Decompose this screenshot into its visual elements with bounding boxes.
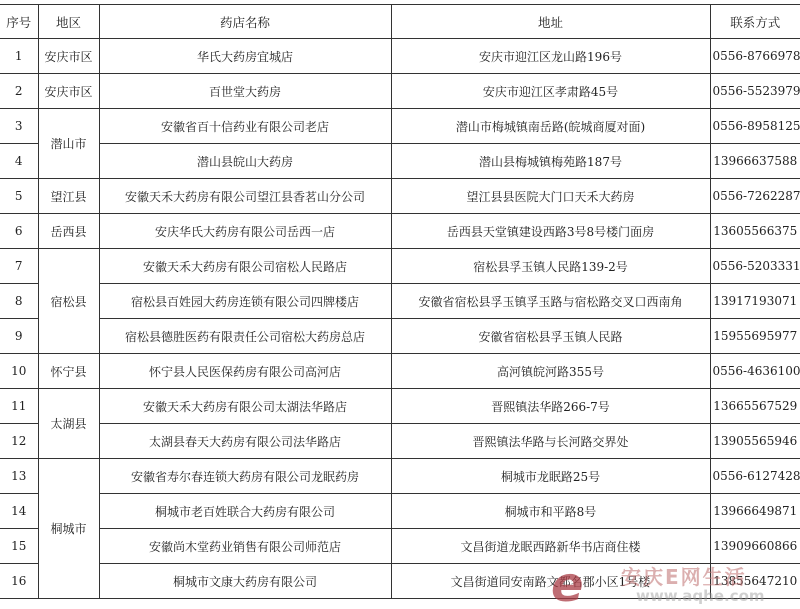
cell-no: 5 [0, 179, 38, 214]
cell-pharmacy-name: 宿松县德胜医药有限责任公司宿松大药房总店 [99, 319, 391, 354]
cell-contact: 13917193071 [710, 284, 800, 319]
cell-contact: 13905565946 [710, 424, 800, 459]
cell-pharmacy-name: 安徽省百十信药业有限公司老店 [99, 109, 391, 144]
cell-no: 8 [0, 284, 38, 319]
table-row: 6岳西县安庆华氏大药房有限公司岳西一店岳西县天堂镇建设西路3号8号楼门面房136… [0, 214, 800, 249]
cell-no: 14 [0, 494, 38, 529]
cell-no: 16 [0, 564, 38, 599]
table-row: 12太湖县春天大药房有限公司法华路店晋熙镇法华路与长河路交界处139055659… [0, 424, 800, 459]
cell-address: 潜山县梅城镇梅苑路187号 [391, 144, 710, 179]
cell-no: 9 [0, 319, 38, 354]
cell-pharmacy-name: 百世堂大药房 [99, 74, 391, 109]
cell-pharmacy-name: 安徽天禾大药房有限公司宿松人民路店 [99, 249, 391, 284]
cell-address: 望江县县医院大门口天禾大药房 [391, 179, 710, 214]
table-row: 10怀宁县怀宁县人民医保药房有限公司高河店高河镇皖河路355号0556-4636… [0, 354, 800, 389]
cell-contact: 13966637588 [710, 144, 800, 179]
table-row: 8宿松县百姓园大药房连锁有限公司四牌楼店安徽省宿松县孚玉镇孚玉路与宿松路交叉口西… [0, 284, 800, 319]
cell-pharmacy-name: 安徽天禾大药房有限公司望江县香茗山分公司 [99, 179, 391, 214]
cell-no: 11 [0, 389, 38, 424]
cell-region: 安庆市区 [38, 39, 99, 74]
cell-no: 4 [0, 144, 38, 179]
cell-address: 岳西县天堂镇建设西路3号8号楼门面房 [391, 214, 710, 249]
cell-contact: 0556-7262287 [710, 179, 800, 214]
cell-contact: 0556-5203331 [710, 249, 800, 284]
table-row: 2安庆市区百世堂大药房安庆市迎江区孝肃路45号0556-5523979 [0, 74, 800, 109]
table-row: 11太湖县安徽天禾大药房有限公司太湖法华路店晋熙镇法华路266-7号136655… [0, 389, 800, 424]
table-row: 1安庆市区华氏大药房宜城店安庆市迎江区龙山路196号0556-8766978 [0, 39, 800, 74]
cell-no: 10 [0, 354, 38, 389]
cell-address: 宿松县孚玉镇人民路139-2号 [391, 249, 710, 284]
header-contact: 联系方式 [710, 5, 800, 39]
cell-pharmacy-name: 太湖县春天大药房有限公司法华路店 [99, 424, 391, 459]
table-row: 13桐城市安徽省寿尔春连锁大药房有限公司龙眠药房桐城市龙眠路25号0556-61… [0, 459, 800, 494]
table-row: 7宿松县安徽天禾大药房有限公司宿松人民路店宿松县孚玉镇人民路139-2号0556… [0, 249, 800, 284]
cell-address: 晋熙镇法华路与长河路交界处 [391, 424, 710, 459]
cell-region: 安庆市区 [38, 74, 99, 109]
cell-address: 文昌街道龙眠西路新华书店商住楼 [391, 529, 710, 564]
table-header-row: 序号 地区 药店名称 地址 联系方式 [0, 5, 800, 39]
cell-region: 望江县 [38, 179, 99, 214]
cell-pharmacy-name: 安徽天禾大药房有限公司太湖法华路店 [99, 389, 391, 424]
cell-address: 文昌街道同安南路文都名郡小区1号楼 [391, 564, 710, 599]
pharmacy-table: 序号 地区 药店名称 地址 联系方式 1安庆市区华氏大药房宜城店安庆市迎江区龙山… [0, 4, 800, 599]
cell-contact: 0556-5523979 [710, 74, 800, 109]
cell-address: 桐城市和平路8号 [391, 494, 710, 529]
cell-contact: 0556-8766978 [710, 39, 800, 74]
cell-contact: 15955695977 [710, 319, 800, 354]
cell-pharmacy-name: 怀宁县人民医保药房有限公司高河店 [99, 354, 391, 389]
table-row: 15安徽尚木堂药业销售有限公司师范店文昌街道龙眠西路新华书店商住楼1390966… [0, 529, 800, 564]
cell-pharmacy-name: 安徽省寿尔春连锁大药房有限公司龙眠药房 [99, 459, 391, 494]
cell-contact: 13966649871 [710, 494, 800, 529]
table-row: 4潜山县皖山大药房潜山县梅城镇梅苑路187号13966637588 [0, 144, 800, 179]
cell-address: 潜山市梅城镇南岳路(皖城商厦对面) [391, 109, 710, 144]
cell-no: 3 [0, 109, 38, 144]
cell-pharmacy-name: 华氏大药房宜城店 [99, 39, 391, 74]
cell-contact: 0556-6127428 [710, 459, 800, 494]
cell-address: 安庆市迎江区孝肃路45号 [391, 74, 710, 109]
cell-region: 太湖县 [38, 389, 99, 459]
cell-address: 安徽省宿松县孚玉镇人民路 [391, 319, 710, 354]
table-row: 9宿松县德胜医药有限责任公司宿松大药房总店安徽省宿松县孚玉镇人民路1595569… [0, 319, 800, 354]
cell-address: 安庆市迎江区龙山路196号 [391, 39, 710, 74]
cell-contact: 13605566375 [710, 214, 800, 249]
cell-contact: 0556-8958125 [710, 109, 800, 144]
cell-contact: 13909660866 [710, 529, 800, 564]
table-row: 3潜山市安徽省百十信药业有限公司老店潜山市梅城镇南岳路(皖城商厦对面)0556-… [0, 109, 800, 144]
header-region: 地区 [38, 5, 99, 39]
cell-region: 潜山市 [38, 109, 99, 179]
table-row: 5望江县安徽天禾大药房有限公司望江县香茗山分公司望江县县医院大门口天禾大药房05… [0, 179, 800, 214]
cell-address: 高河镇皖河路355号 [391, 354, 710, 389]
table-row: 14桐城市老百姓联合大药房有限公司桐城市和平路8号13966649871 [0, 494, 800, 529]
cell-address: 桐城市龙眠路25号 [391, 459, 710, 494]
table-row: 16桐城市文康大药房有限公司文昌街道同安南路文都名郡小区1号楼138556472… [0, 564, 800, 599]
header-address: 地址 [391, 5, 710, 39]
cell-no: 15 [0, 529, 38, 564]
cell-no: 2 [0, 74, 38, 109]
cell-region: 岳西县 [38, 214, 99, 249]
cell-no: 7 [0, 249, 38, 284]
cell-pharmacy-name: 潜山县皖山大药房 [99, 144, 391, 179]
cell-contact: 13665567529 [710, 389, 800, 424]
cell-pharmacy-name: 桐城市老百姓联合大药房有限公司 [99, 494, 391, 529]
cell-region: 桐城市 [38, 459, 99, 599]
cell-pharmacy-name: 桐城市文康大药房有限公司 [99, 564, 391, 599]
cell-pharmacy-name: 宿松县百姓园大药房连锁有限公司四牌楼店 [99, 284, 391, 319]
cell-region: 怀宁县 [38, 354, 99, 389]
cell-pharmacy-name: 安徽尚木堂药业销售有限公司师范店 [99, 529, 391, 564]
table-body: 1安庆市区华氏大药房宜城店安庆市迎江区龙山路196号0556-87669782安… [0, 39, 800, 599]
cell-region: 宿松县 [38, 249, 99, 354]
cell-pharmacy-name: 安庆华氏大药房有限公司岳西一店 [99, 214, 391, 249]
cell-contact: 13855647210 [710, 564, 800, 599]
cell-address: 晋熙镇法华路266-7号 [391, 389, 710, 424]
cell-no: 6 [0, 214, 38, 249]
cell-no: 1 [0, 39, 38, 74]
cell-contact: 0556-4636100 [710, 354, 800, 389]
cell-no: 12 [0, 424, 38, 459]
header-pharmacy-name: 药店名称 [99, 5, 391, 39]
cell-no: 13 [0, 459, 38, 494]
cell-address: 安徽省宿松县孚玉镇孚玉路与宿松路交叉口西南角 [391, 284, 710, 319]
header-no: 序号 [0, 5, 38, 39]
